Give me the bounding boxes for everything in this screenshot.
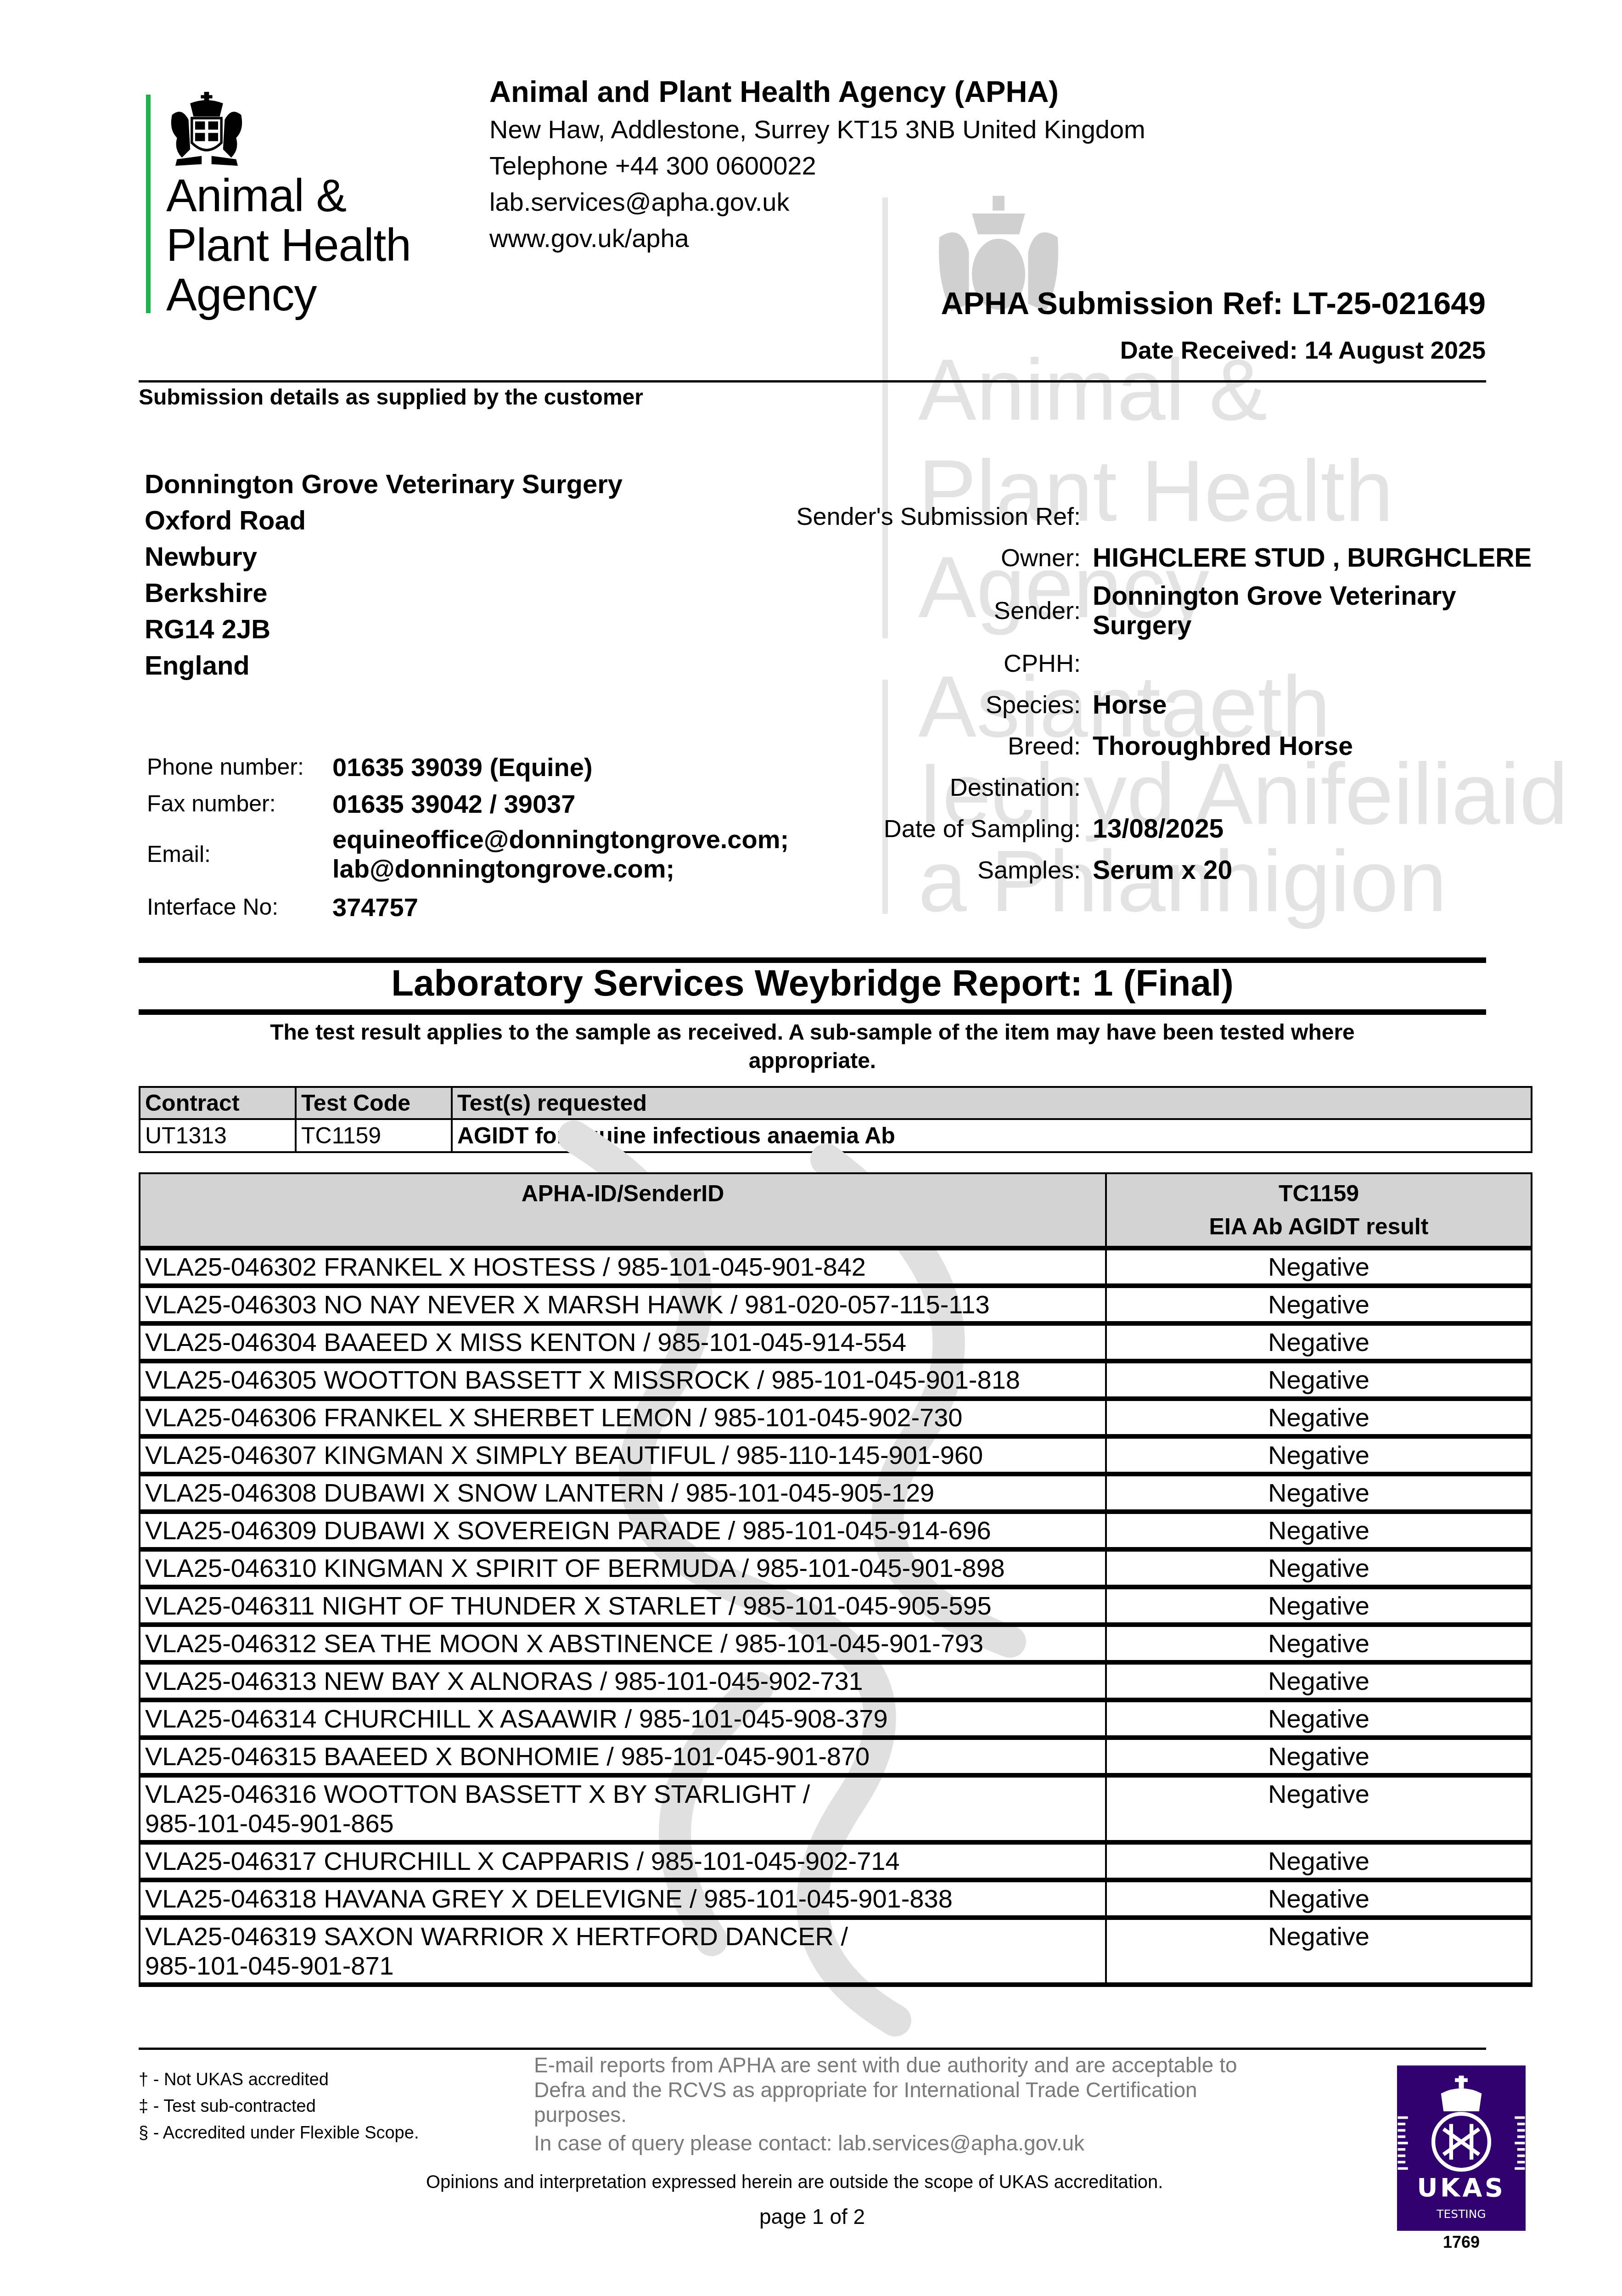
- breed-label: Breed:: [780, 732, 1093, 760]
- table-row: VLA25-046306 FRANKEL X SHERBET LEMON / 9…: [140, 1399, 1532, 1436]
- column-header-code: TC1159: [1111, 1177, 1527, 1210]
- test-code-cell: TC1159: [296, 1119, 452, 1152]
- table-row: VLA25-046310 KINGMAN X SPIRIT OF BERMUDA…: [140, 1549, 1532, 1587]
- table-row: VLA25-046305 WOOTTON BASSETT X MISSROCK …: [140, 1361, 1532, 1399]
- sample-id-line: 985-101-045-901-865: [145, 1809, 1100, 1838]
- sampling-date-label: Date of Sampling:: [780, 815, 1093, 843]
- section-title: Submission details as supplied by the cu…: [139, 385, 643, 410]
- table-row: VLA25-046313 NEW BAY X ALNORAS / 985-101…: [140, 1662, 1532, 1700]
- sampling-date-value: 13/08/2025: [1093, 814, 1224, 844]
- logo-line: Agency: [166, 270, 411, 320]
- sample-id-cell: VLA25-046310 KINGMAN X SPIRIT OF BERMUDA…: [140, 1549, 1106, 1587]
- sample-id-cell: VLA25-046305 WOOTTON BASSETT X MISSROCK …: [140, 1361, 1106, 1399]
- results-table: APHA-ID/SenderID TC1159EIA Ab AGIDT resu…: [139, 1172, 1532, 1987]
- interface-label: Interface No:: [147, 886, 332, 928]
- species-label: Species:: [780, 691, 1093, 719]
- sample-id-cell: VLA25-046304 BAAEED X MISS KENTON / 985-…: [140, 1323, 1106, 1361]
- tests-table: Contract Test Code Test(s) requested UT1…: [139, 1086, 1532, 1153]
- email-note: E-mail reports from APHA are sent with d…: [534, 2053, 1268, 2127]
- footer-divider: [139, 2048, 1486, 2050]
- table-row: VLA25-046303 NO NAY NEVER X MARSH HAWK /…: [140, 1286, 1532, 1323]
- owner-value: HIGHCLERE STUD , BURGHCLERE: [1093, 543, 1532, 573]
- phone-value: 01635 39039 (Equine): [332, 748, 789, 785]
- sample-id-cell: VLA25-046312 SEA THE MOON X ABSTINENCE /…: [140, 1625, 1106, 1662]
- accreditation-legend: † - Not UKAS accredited ‡ - Test sub-con…: [139, 2066, 419, 2146]
- report-title: Laboratory Services Weybridge Report: 1 …: [139, 962, 1486, 1004]
- address-line: Newbury: [145, 539, 623, 575]
- table-row: VLA25-046319 SAXON WARRIOR X HERTFORD DA…: [140, 1918, 1532, 1985]
- result-cell: Negative: [1106, 1549, 1532, 1587]
- sender-value: Surgery: [1093, 611, 1456, 640]
- sample-id-cell: VLA25-046302 FRANKEL X HOSTESS / 985-101…: [140, 1248, 1106, 1286]
- sample-id-cell: VLA25-046311 NIGHT OF THUNDER X STARLET …: [140, 1587, 1106, 1625]
- result-cell: Negative: [1106, 1700, 1532, 1738]
- ukas-testing: TESTING: [1436, 2207, 1486, 2221]
- sample-id-line: 985-101-045-901-871: [145, 1951, 1100, 1981]
- samples-value: Serum x 20: [1093, 855, 1232, 885]
- result-cell: Negative: [1106, 1842, 1532, 1880]
- result-cell: Negative: [1106, 1361, 1532, 1399]
- agency-website-link[interactable]: www.gov.uk/apha: [489, 220, 1145, 256]
- address-line: Oxford Road: [145, 502, 623, 539]
- sample-id-cell: VLA25-046314 CHURCHILL X ASAAWIR / 985-1…: [140, 1700, 1106, 1738]
- page-number: page 1 of 2: [759, 2204, 865, 2229]
- sample-id-line: VLA25-046319 SAXON WARRIOR X HERTFORD DA…: [145, 1922, 1100, 1951]
- table-row: VLA25-046307 KINGMAN X SIMPLY BEAUTIFUL …: [140, 1436, 1532, 1474]
- column-header-result-label: EIA Ab AGIDT result: [1111, 1210, 1527, 1243]
- disclaimer: The test result applies to the sample as…: [139, 1019, 1486, 1075]
- table-row: VLA25-046318 HAVANA GREY X DELEVIGNE / 9…: [140, 1880, 1532, 1918]
- royal-coat-of-arms-icon: [165, 92, 248, 170]
- result-cell: Negative: [1106, 1587, 1532, 1625]
- sender-value: Donnington Grove Veterinary: [1093, 581, 1456, 611]
- table-row: VLA25-046304 BAAEED X MISS KENTON / 985-…: [140, 1323, 1532, 1361]
- legend-item: ‡ - Test sub-contracted: [139, 2093, 419, 2120]
- address-line: England: [145, 647, 623, 684]
- fax-label: Fax number:: [147, 785, 332, 822]
- owner-label: Owner:: [780, 544, 1093, 572]
- email-value[interactable]: equineoffice@donningtongrove.com;: [332, 825, 789, 854]
- sample-id-cell: VLA25-046318 HAVANA GREY X DELEVIGNE / 9…: [140, 1880, 1106, 1918]
- result-cell: Negative: [1106, 1662, 1532, 1700]
- logo-text: Animal & Plant Health Agency: [166, 171, 411, 320]
- sample-id-cell: VLA25-046319 SAXON WARRIOR X HERTFORD DA…: [140, 1918, 1106, 1985]
- result-cell: Negative: [1106, 1775, 1532, 1842]
- sender-label: Sender:: [780, 597, 1093, 625]
- result-cell: Negative: [1106, 1738, 1532, 1775]
- result-cell: Negative: [1106, 1248, 1532, 1286]
- result-cell: Negative: [1106, 1399, 1532, 1436]
- submission-ref: APHA Submission Ref: LT-25-021649: [941, 286, 1486, 321]
- email-value[interactable]: lab@donningtongrove.com;: [332, 854, 789, 884]
- table-row: UT1313 TC1159 AGIDT for equine infectiou…: [140, 1119, 1532, 1152]
- column-header: Test Code: [296, 1087, 452, 1119]
- legend-item: § - Accredited under Flexible Scope.: [139, 2120, 419, 2146]
- agency-address: New Haw, Addlestone, Surrey KT15 3NB Uni…: [489, 111, 1145, 147]
- result-cell: Negative: [1106, 1474, 1532, 1512]
- ukas-number: 1769: [1397, 2233, 1526, 2252]
- column-header: Contract: [140, 1087, 296, 1119]
- result-cell: Negative: [1106, 1323, 1532, 1361]
- sample-id-cell: VLA25-046309 DUBAWI X SOVEREIGN PARADE /…: [140, 1512, 1106, 1549]
- table-row: VLA25-046309 DUBAWI X SOVEREIGN PARADE /…: [140, 1512, 1532, 1549]
- submission-fields: Sender's Submission Ref: Owner:HIGHCLERE…: [780, 496, 1584, 891]
- table-row: VLA25-046311 NIGHT OF THUNDER X STARLET …: [140, 1587, 1532, 1625]
- address-line: RG14 2JB: [145, 611, 623, 647]
- agency-email-link[interactable]: lab.services@apha.gov.uk: [489, 184, 1145, 220]
- column-header-id: APHA-ID/SenderID: [140, 1173, 1106, 1248]
- result-cell: Negative: [1106, 1625, 1532, 1662]
- column-header-result: TC1159EIA Ab AGIDT result: [1106, 1173, 1532, 1248]
- table-row: VLA25-046312 SEA THE MOON X ABSTINENCE /…: [140, 1625, 1532, 1662]
- divider: [139, 380, 1486, 383]
- result-cell: Negative: [1106, 1918, 1532, 1985]
- sample-id-cell: VLA25-046303 NO NAY NEVER X MARSH HAWK /…: [140, 1286, 1106, 1323]
- phone-label: Phone number:: [147, 748, 332, 785]
- disclaimer-line: The test result applies to the sample as…: [139, 1019, 1486, 1047]
- customer-address: Donnington Grove Veterinary Surgery Oxfo…: [145, 466, 623, 684]
- sample-id-cell: VLA25-046316 WOOTTON BASSETT X BY STARLI…: [140, 1775, 1106, 1842]
- agency-block: Animal and Plant Health Agency (APHA) Ne…: [489, 73, 1145, 256]
- divider: [139, 1009, 1486, 1015]
- ukas-badge: UKAS TESTING: [1397, 2065, 1526, 2231]
- agency-telephone: Telephone +44 300 0600022: [489, 147, 1145, 184]
- ukas-opinions-note: Opinions and interpretation expressed he…: [426, 2172, 1163, 2193]
- disclaimer-line: appropriate.: [139, 1047, 1486, 1075]
- address-line: Berkshire: [145, 575, 623, 611]
- sample-id-line: VLA25-046316 WOOTTON BASSETT X BY STARLI…: [145, 1779, 1100, 1809]
- email-label: Email:: [147, 822, 332, 886]
- table-row: VLA25-046308 DUBAWI X SNOW LANTERN / 985…: [140, 1474, 1532, 1512]
- fax-value: 01635 39042 / 39037: [332, 785, 789, 822]
- table-row: VLA25-046302 FRANKEL X HOSTESS / 985-101…: [140, 1248, 1532, 1286]
- query-contact: In case of query please contact: lab.ser…: [534, 2131, 1084, 2155]
- address-line: Donnington Grove Veterinary Surgery: [145, 466, 623, 502]
- destination-label: Destination:: [780, 773, 1093, 802]
- ukas-word: UKAS: [1417, 2173, 1506, 2203]
- senders-ref-label: Sender's Submission Ref:: [780, 502, 1093, 531]
- date-received: Date Received: 14 August 2025: [1120, 336, 1486, 365]
- sample-id-cell: VLA25-046307 KINGMAN X SIMPLY BEAUTIFUL …: [140, 1436, 1106, 1474]
- contract-cell: UT1313: [140, 1119, 296, 1152]
- logo-line: Animal &: [166, 171, 411, 220]
- result-cell: Negative: [1106, 1436, 1532, 1474]
- table-row: VLA25-046317 CHURCHILL X CAPPARIS / 985-…: [140, 1842, 1532, 1880]
- sample-id-cell: VLA25-046313 NEW BAY X ALNORAS / 985-101…: [140, 1662, 1106, 1700]
- result-cell: Negative: [1106, 1286, 1532, 1323]
- table-row: VLA25-046315 BAAEED X BONHOMIE / 985-101…: [140, 1738, 1532, 1775]
- logo-line: Plant Health: [166, 220, 411, 270]
- ukas-crown-icon: UKAS TESTING: [1397, 2065, 1526, 2231]
- result-cell: Negative: [1106, 1880, 1532, 1918]
- test-requested-cell: AGIDT for equine infectious anaemia Ab: [452, 1119, 1532, 1152]
- sample-id-cell: VLA25-046308 DUBAWI X SNOW LANTERN / 985…: [140, 1474, 1106, 1512]
- logo-green-bar: [146, 95, 151, 313]
- column-header: Test(s) requested: [452, 1087, 1532, 1119]
- table-row: VLA25-046316 WOOTTON BASSETT X BY STARLI…: [140, 1775, 1532, 1842]
- agency-name: Animal and Plant Health Agency (APHA): [489, 73, 1145, 111]
- result-cell: Negative: [1106, 1512, 1532, 1549]
- breed-value: Thoroughbred Horse: [1093, 732, 1353, 761]
- samples-label: Samples:: [780, 856, 1093, 884]
- sample-id-cell: VLA25-046317 CHURCHILL X CAPPARIS / 985-…: [140, 1842, 1106, 1880]
- sample-id-cell: VLA25-046315 BAAEED X BONHOMIE / 985-101…: [140, 1738, 1106, 1775]
- sample-id-cell: VLA25-046306 FRANKEL X SHERBET LEMON / 9…: [140, 1399, 1106, 1436]
- table-row: VLA25-046314 CHURCHILL X ASAAWIR / 985-1…: [140, 1700, 1532, 1738]
- species-value: Horse: [1093, 690, 1167, 720]
- cphh-label: CPHH:: [780, 649, 1093, 678]
- contact-table: Phone number:01635 39039 (Equine) Fax nu…: [147, 748, 789, 928]
- legend-item: † - Not UKAS accredited: [139, 2066, 419, 2093]
- interface-value: 374757: [332, 886, 789, 928]
